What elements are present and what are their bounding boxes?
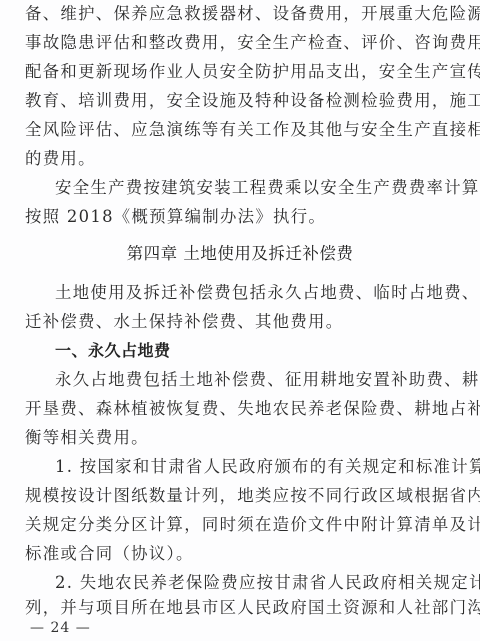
text-line: 事故隐患评估和整改费用，安全生产检查、评价、咨询费用， bbox=[25, 33, 457, 53]
text-line: 规模按设计图纸数量计列，地类应按不同行政区域根据省内相 bbox=[25, 486, 457, 506]
text-line: 土地使用及拆迁补偿费包括永久占地费、临时占地费、拆 bbox=[55, 283, 457, 303]
text-line: 备、维护、保养应急救援器材、设备费用，开展重大危险源和 bbox=[25, 4, 457, 24]
page-number: — 24 — bbox=[30, 620, 91, 636]
text-line: 全风险评估、应急演练等有关工作及其他与安全生产直接相关 bbox=[25, 120, 457, 140]
text-line: 配备和更新现场作业人员安全防护用品支出，安全生产宣传、 bbox=[25, 62, 457, 82]
text-line: 迁补偿费、水土保持补偿费、其他费用。 bbox=[25, 312, 457, 332]
text-line: 的费用。 bbox=[25, 149, 457, 169]
text-line: 永久占地费包括土地补偿费、征用耕地安置补助费、耕地 bbox=[55, 370, 457, 390]
text-line: 2. 失地农民养老保险费应按甘肃省人民政府相关规定计 bbox=[55, 573, 457, 593]
chapter-title: 第四章 土地使用及拆迁补偿费 bbox=[0, 244, 480, 264]
text-line: 衡等相关费用。 bbox=[25, 428, 457, 448]
text-line: 关规定分类分区计算，同时须在造价文件中附计算清单及计费 bbox=[25, 515, 457, 535]
text-line: 教育、培训费用，安全设施及特种设备检测检验费用，施工安 bbox=[25, 91, 457, 111]
text-line: 安全生产费按建筑安装工程费乘以安全生产费费率计算， bbox=[55, 178, 457, 198]
text-line: 标准或合同（协议）。 bbox=[25, 544, 457, 564]
section-title: 一、永久占地费 bbox=[55, 341, 171, 361]
text-line: 1. 按国家和甘肃省人民政府颁布的有关规定和标准计算， bbox=[55, 457, 457, 477]
text-line: 列，并与项目所在地县市区人民政府国土资源和人社部门沟通 bbox=[25, 598, 457, 618]
text-line: 开垦费、森林植被恢复费、失地农民养老保险费、耕地占补平 bbox=[25, 399, 457, 419]
text-line: 按照 2018《概预算编制办法》执行。 bbox=[25, 207, 457, 227]
document-page: 备、维护、保养应急救援器材、设备费用，开展重大危险源和 事故隐患评估和整改费用，… bbox=[0, 0, 480, 641]
